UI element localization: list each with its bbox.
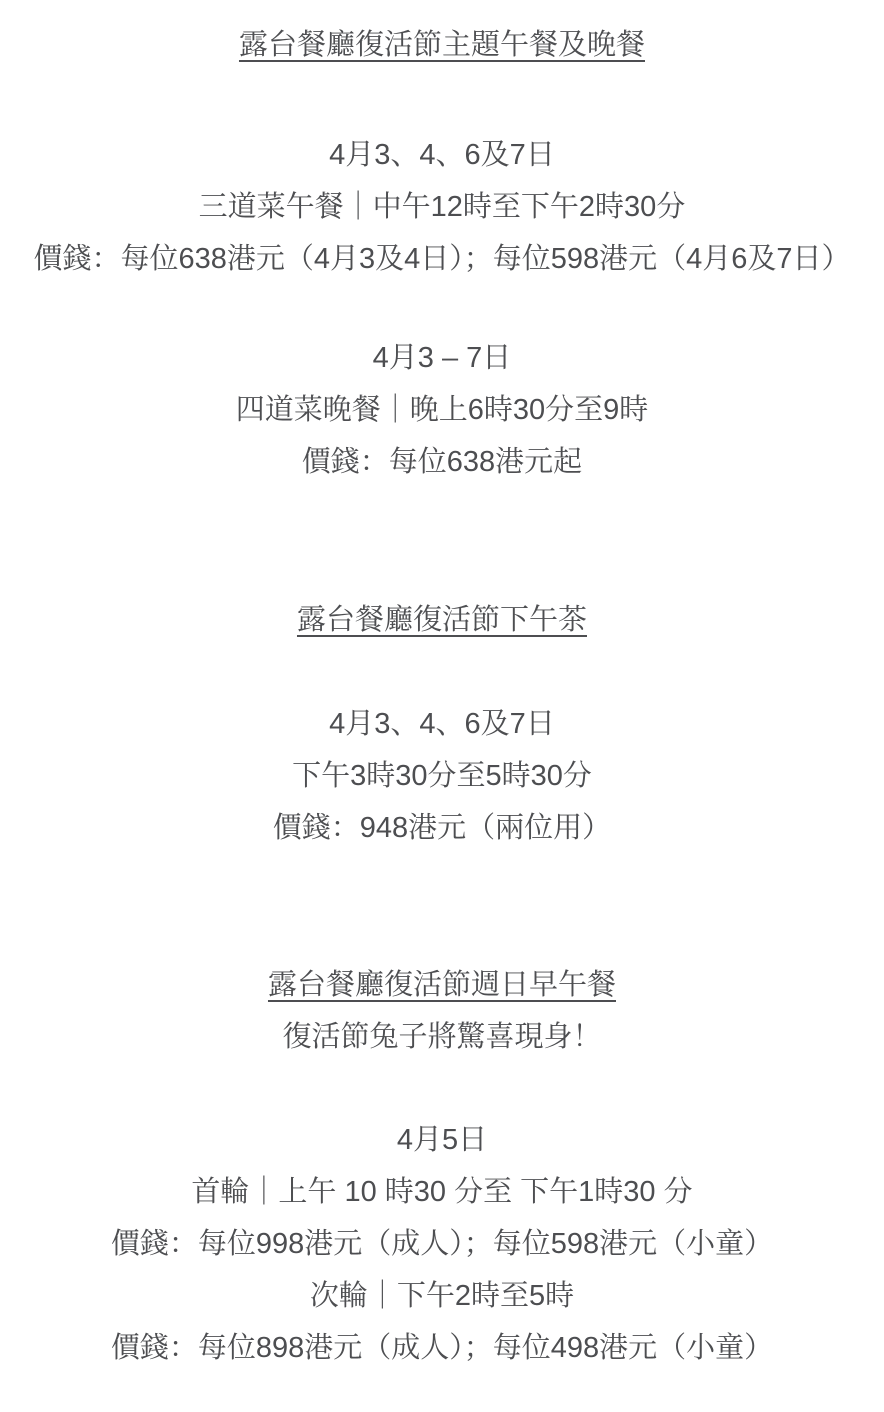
section-heading-lunch-dinner: 露台餐廳復活節主題午餐及晚餐	[0, 19, 884, 71]
section-subtitle: 復活節兔子將驚喜現身！	[0, 1011, 884, 1063]
date-line: 4月3、4、6及7日	[0, 129, 884, 181]
price-line: 價錢：每位898港元（成人）；每位498港元（小童）	[0, 1322, 884, 1374]
date-line: 4月3 – 7日	[0, 332, 884, 384]
price-line: 價錢：948港元（兩位用）	[0, 802, 884, 854]
meal-time-line: 四道菜晚餐｜晚上6時30分至9時	[0, 384, 884, 436]
meal-time-line: 三道菜午餐｜中午12時至下午2時30分	[0, 181, 884, 233]
date-line: 4月3、4、6及7日	[0, 698, 884, 750]
price-line: 價錢：每位638港元起	[0, 436, 884, 488]
meal-time-line: 下午3時30分至5時30分	[0, 750, 884, 802]
section-heading-afternoon-tea: 露台餐廳復活節下午茶	[0, 594, 884, 646]
easter-dining-document: 露台餐廳復活節主題午餐及晚餐 4月3、4、6及7日 三道菜午餐｜中午12時至下午…	[0, 0, 884, 1374]
price-line: 價錢：每位998港元（成人）；每位598港元（小童）	[0, 1218, 884, 1270]
section-heading-sunday-brunch: 露台餐廳復活節週日早午餐	[0, 959, 884, 1011]
date-line: 4月5日	[0, 1114, 884, 1166]
seating-time-line: 首輪｜上午 10 時30 分至 下午1時30 分	[0, 1166, 884, 1218]
price-line: 價錢：每位638港元（4月3及4日）；每位598港元（4月6及7日）	[0, 233, 884, 285]
seating-time-line: 次輪｜下午2時至5時	[0, 1270, 884, 1322]
